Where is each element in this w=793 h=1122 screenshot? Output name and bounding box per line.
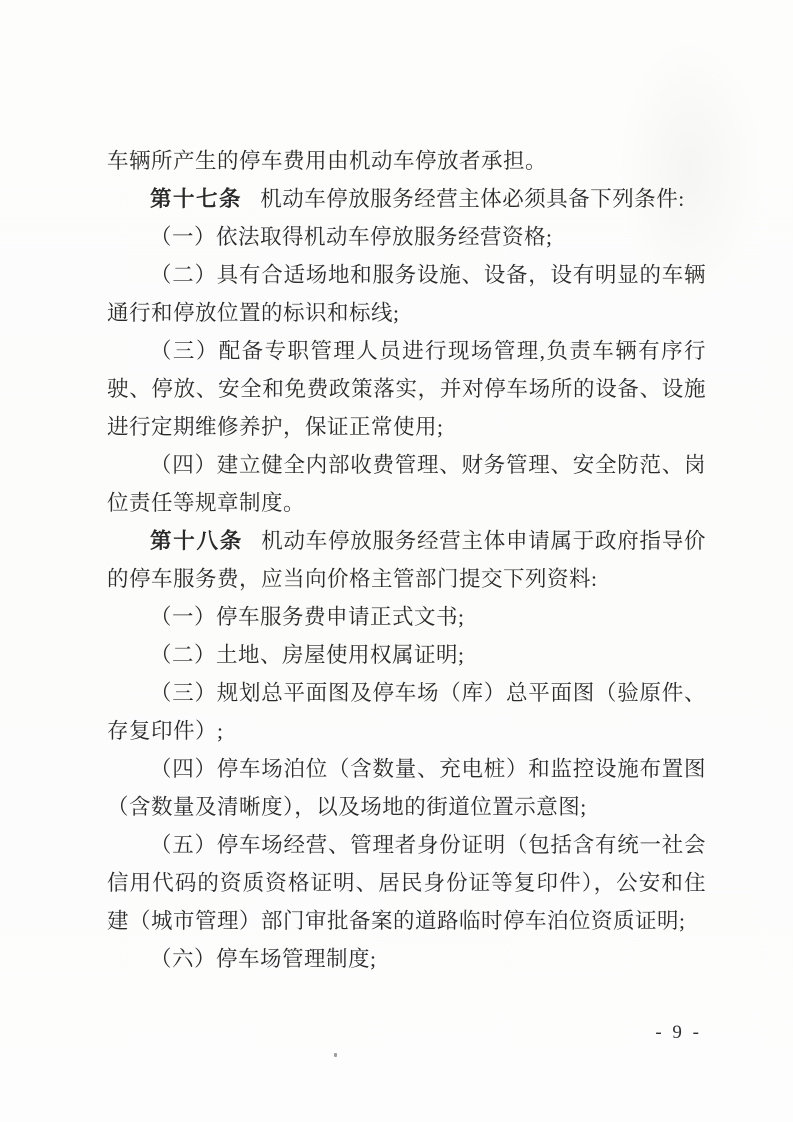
paragraph-text: （二）土地、房屋使用权属证明; — [150, 643, 464, 667]
paragraph-article-18-item-4: （四）停车场泊位（含数量、充电桩）和监控设施布置图（含数量及清晰度），以及场地的… — [107, 750, 706, 826]
scan-speck — [334, 1053, 337, 1057]
document-body: 车辆所产生的停车费用由机动车停放者承担。 第十七条机动车停放服务经营主体必须具备… — [107, 142, 706, 978]
paragraph-article-18-item-2: （二）土地、房屋使用权属证明; — [107, 636, 706, 674]
paragraph-article-18: 第十八条机动车停放服务经营主体申请属于政府指导价的停车服务费，应当向价格主管部门… — [107, 522, 706, 598]
scanned-document-page: 车辆所产生的停车费用由机动车停放者承担。 第十七条机动车停放服务经营主体必须具备… — [0, 0, 793, 1122]
paragraph-text: （一）依法取得机动车停放服务经营资格; — [150, 225, 552, 249]
paragraph-article-18-item-5: （五）停车场经营、管理者身份证明（包括含有统一社会信用代码的资质资格证明、居民身… — [107, 826, 706, 940]
paragraph-text: （四）建立健全内部收费管理、财务管理、安全防范、岗位责任等规章制度。 — [107, 453, 706, 515]
article-17-number: 第十七条 — [150, 187, 242, 211]
paragraph-text: 机动车停放服务经营主体必须具备下列条件: — [260, 187, 684, 211]
paragraph-article-18-item-3: （三）规划总平面图及停车场（库）总平面图（验原件、存复印件）; — [107, 674, 706, 750]
paragraph-continuation: 车辆所产生的停车费用由机动车停放者承担。 — [107, 142, 706, 180]
paragraph-text: （六）停车场管理制度; — [150, 947, 376, 971]
paragraph-text: 车辆所产生的停车费用由机动车停放者承担。 — [107, 149, 547, 173]
paragraph-article-17-item-3: （三）配备专职管理人员进行现场管理,负责车辆有序行驶、停放、安全和免费政策落实，… — [107, 332, 706, 446]
paragraph-article-18-item-1: （一）停车服务费申请正式文书; — [107, 598, 706, 636]
paragraph-text: （三）配备专职管理人员进行现场管理,负责车辆有序行驶、停放、安全和免费政策落实，… — [107, 339, 706, 439]
paragraph-article-17-item-1: （一）依法取得机动车停放服务经营资格; — [107, 218, 706, 256]
paragraph-article-17: 第十七条机动车停放服务经营主体必须具备下列条件: — [107, 180, 706, 218]
paragraph-text: （四）停车场泊位（含数量、充电桩）和监控设施布置图（含数量及清晰度），以及场地的… — [107, 757, 706, 819]
paragraph-text: （三）规划总平面图及停车场（库）总平面图（验原件、存复印件）; — [107, 681, 706, 743]
article-18-number: 第十八条 — [150, 529, 243, 553]
paragraph-article-18-item-6: （六）停车场管理制度; — [107, 940, 706, 978]
paragraph-text: （一）停车服务费申请正式文书; — [150, 605, 464, 629]
page-number: - 9 - — [655, 1022, 702, 1044]
paragraph-article-17-item-2: （二）具有合适场地和服务设施、设备，设有明显的车辆通行和停放位置的标识和标线; — [107, 256, 706, 332]
paragraph-text: （二）具有合适场地和服务设施、设备，设有明显的车辆通行和停放位置的标识和标线; — [107, 263, 706, 325]
paragraph-article-17-item-4: （四）建立健全内部收费管理、财务管理、安全防范、岗位责任等规章制度。 — [107, 446, 706, 522]
paragraph-text: （五）停车场经营、管理者身份证明（包括含有统一社会信用代码的资质资格证明、居民身… — [107, 833, 706, 933]
